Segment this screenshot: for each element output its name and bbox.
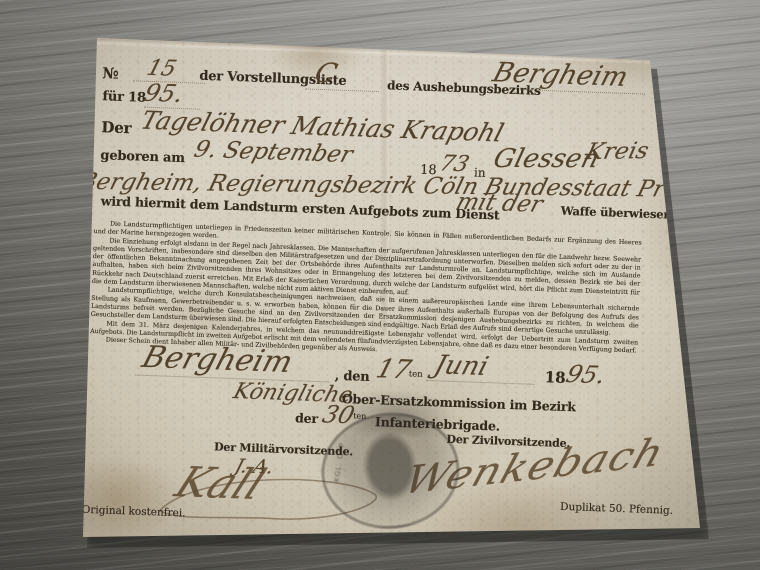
commission-der-label: der [295,410,318,426]
district-value: Bergheim [489,57,631,92]
certificate-number-value: 15 [144,56,179,82]
year-value: 95. [141,79,187,108]
kreis-word: Kreis [583,138,651,165]
stamp-text-fragment: KGL. OPP [333,442,347,483]
certificate-paper: № 15 der Vorstellungsliste C des Aushebu… [80,36,702,539]
month-blank-line: Juni [427,350,536,385]
footer-duplicate-note: Duplikat 50. Pfennig. [560,501,673,517]
date-month-value: Juni [431,350,492,382]
date-place-value: Bergheim [138,340,296,380]
district-blank-line: Bergheim [493,57,646,94]
certificate-content: № 15 der Vorstellungsliste C des Aushebu… [81,56,657,546]
photo-scene: № 15 der Vorstellungsliste C des Aushebu… [0,0,760,570]
service-text-post: Waffe überwiesen. [561,204,676,222]
service-hand-value: mit der [453,189,545,218]
list-blank-line: C [305,57,380,92]
place-blank-line: Bergheim [135,340,331,383]
date-year-value: 95. [563,360,609,389]
number-symbol: № [102,64,119,83]
ten-superscript: ten [409,369,423,379]
der-label: Der [101,118,131,137]
year-label: für 18 [102,89,146,106]
footer-original-note: Original kostenfrei. [82,504,186,520]
born-label: geboren am [100,148,185,166]
list-letter-value: C [311,58,340,89]
birth-date-value: 9. September [191,137,356,168]
